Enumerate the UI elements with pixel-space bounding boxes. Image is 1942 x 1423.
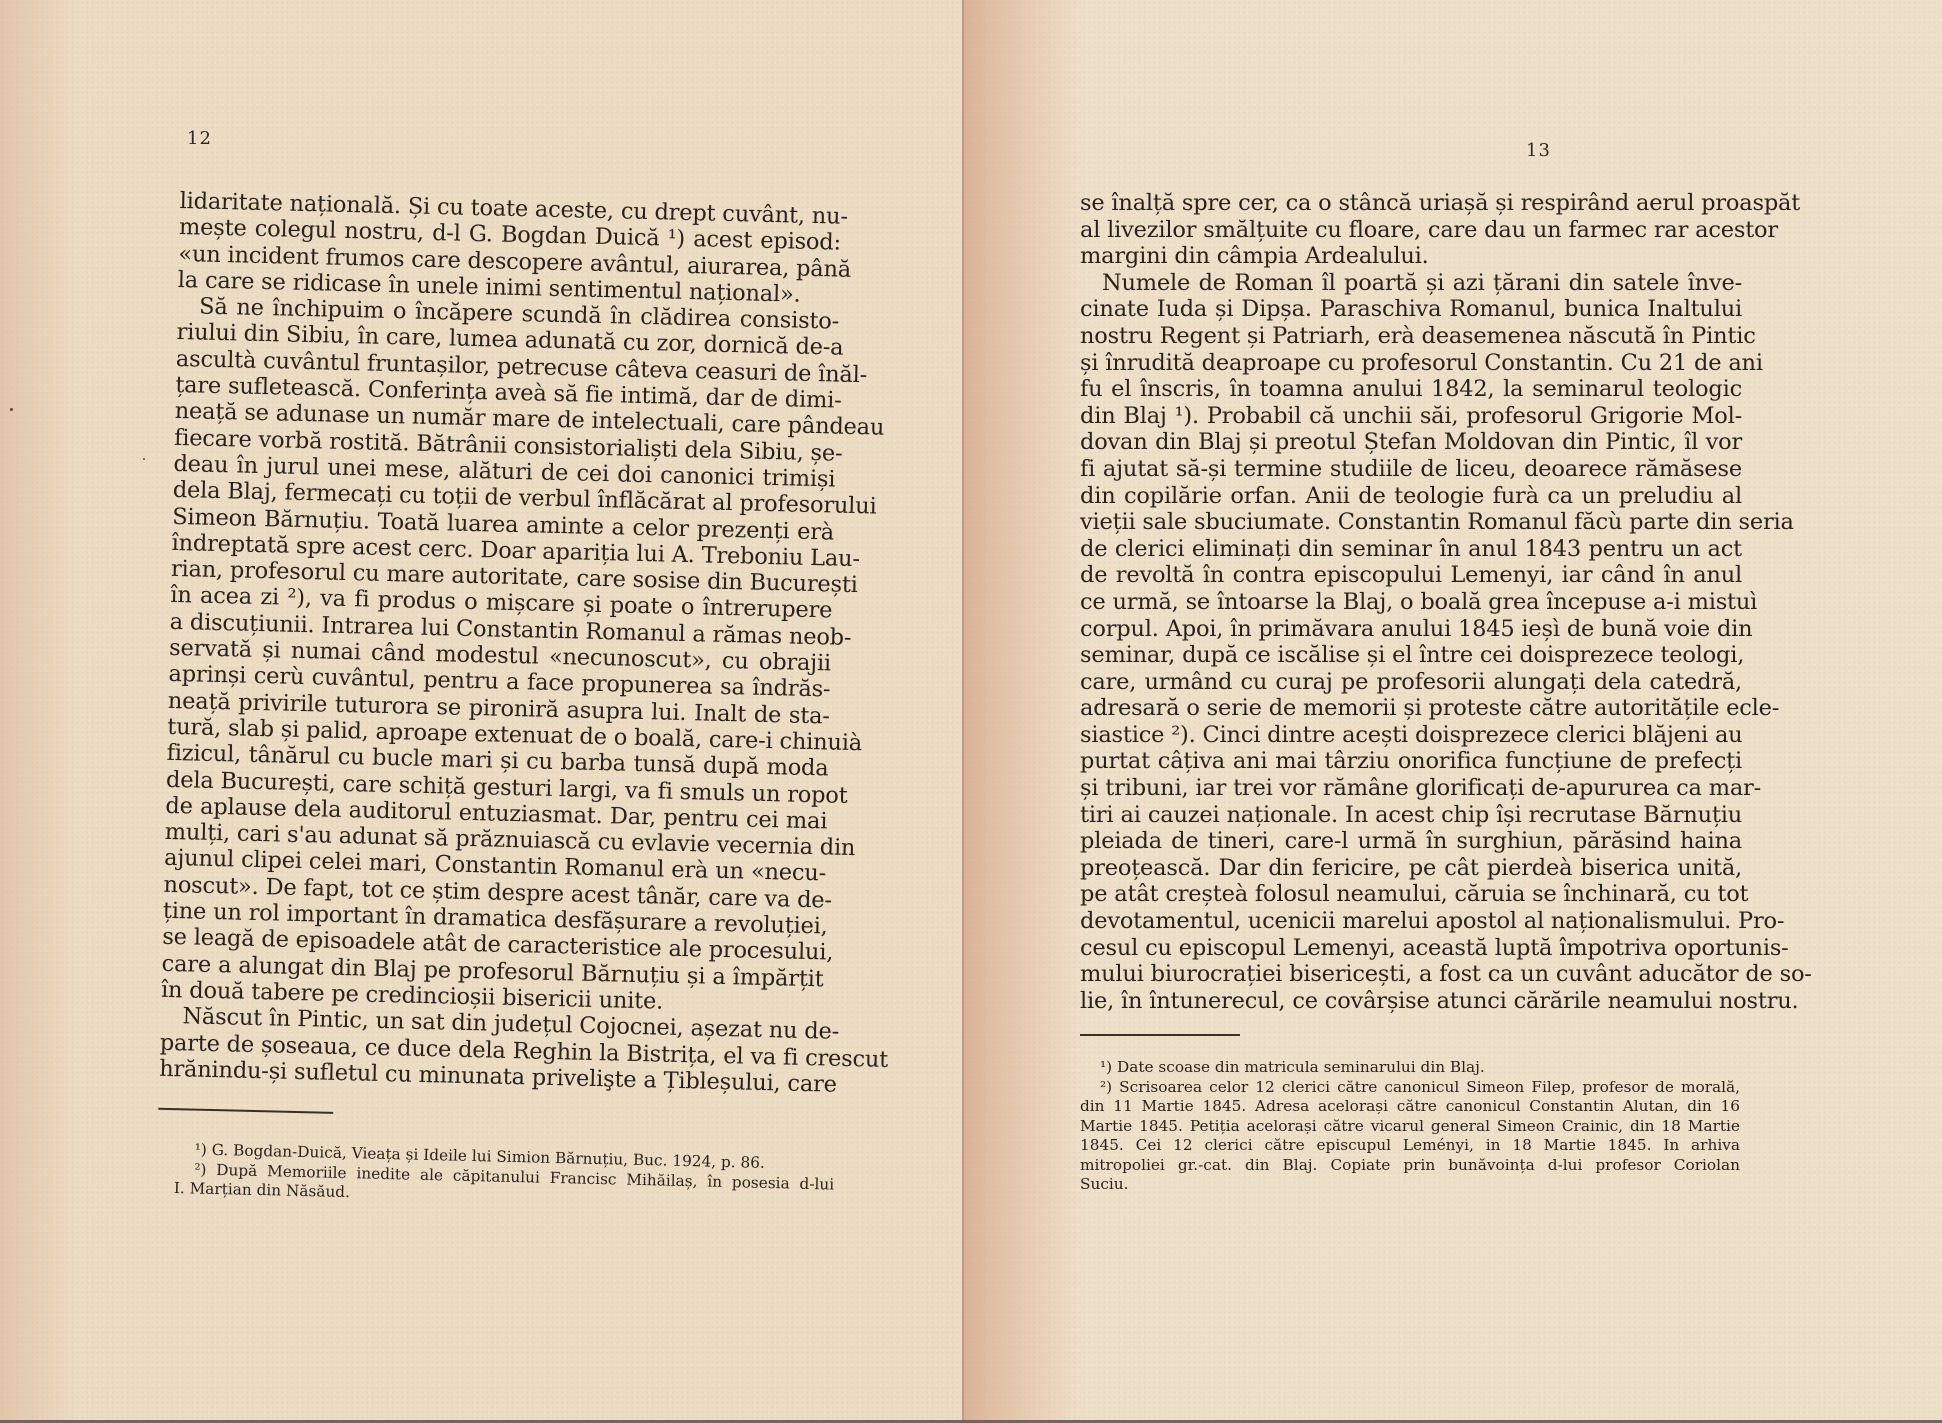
page-number-left: 12 bbox=[187, 128, 212, 149]
gutter-fold bbox=[962, 0, 964, 1423]
book-spread: 12 lidaritate națională. Și cu toate ace… bbox=[0, 0, 1942, 1423]
text-line: corpul. Apoi, în primăvara anului 1845 i… bbox=[1080, 616, 1742, 643]
text-line: vieții sale sbuciumate. Constantin Roman… bbox=[1080, 509, 1742, 536]
footnote: ¹) Date scoase din matricula seminarului… bbox=[1080, 1058, 1740, 1078]
footnote: din 11 Martie 1845. Adresa acelorași căt… bbox=[1080, 1097, 1740, 1117]
footnote-separator bbox=[1080, 1034, 1240, 1036]
paper-speck bbox=[143, 458, 145, 460]
text-line: din copilărie orfan. Anii de teologie fu… bbox=[1080, 483, 1742, 510]
gutter-stain bbox=[962, 0, 1082, 1423]
left-page: 12 lidaritate națională. Și cu toate ace… bbox=[0, 0, 962, 1423]
text-line: lie, în întunerecul, ce covârșise atunci… bbox=[1080, 988, 1742, 1015]
text-line: pleiada de tineri, care-l urmă în surghi… bbox=[1080, 828, 1742, 855]
text-line: fu el înscris, în toamna anului 1842, la… bbox=[1080, 376, 1742, 403]
text-line: cesul cu episcopul Lemenyi, această lupt… bbox=[1080, 935, 1742, 962]
text-line: și tribuni, iar trei vor rămâne glorific… bbox=[1080, 775, 1742, 802]
text-line: Numele de Roman îl poartă și azi țărani … bbox=[1080, 270, 1742, 297]
footnote: ²) Scrisoarea celor 12 clerici către can… bbox=[1080, 1078, 1740, 1098]
right-page-body: se înalță spre cer, ca o stâncă uriașă ș… bbox=[1080, 190, 1742, 1054]
text-line: dovan din Blaj și preotul Ștefan Moldova… bbox=[1080, 429, 1742, 456]
footnote: Suciu. bbox=[1080, 1175, 1740, 1195]
text-line: pe atât creșteà folosul neamului, căruia… bbox=[1080, 881, 1742, 908]
footnote: Martie 1845. Petiția acelorași către vic… bbox=[1080, 1117, 1740, 1137]
text-line: fi ajutat să-și termine studiile de lice… bbox=[1080, 456, 1742, 483]
text-line: seminar, după ce iscălise și el între ce… bbox=[1080, 642, 1742, 669]
text-line: purtat câțiva ani mai târziu onorifica f… bbox=[1080, 748, 1742, 775]
text-line: mului biurocrației bisericești, a fost c… bbox=[1080, 961, 1742, 988]
text-line: cinate Iuda și Dipșa. Paraschiva Romanul… bbox=[1080, 296, 1742, 323]
text-line: ce urmă, se întoarse la Blaj, o boală gr… bbox=[1080, 589, 1742, 616]
text-line: se înalță spre cer, ca o stâncă uriașă ș… bbox=[1080, 190, 1742, 217]
text-line: al livezilor smălțuite cu floare, care d… bbox=[1080, 217, 1742, 244]
left-page-body: lidaritate națională. Și cu toate aceste… bbox=[158, 188, 842, 1143]
left-footnotes: ¹) G. Bogdan-Duică, Vieața și Ideile lui… bbox=[174, 1140, 835, 1214]
text-line: tiri ai cauzei naționale. In acest chip … bbox=[1080, 802, 1742, 829]
text-line: din Blaj ¹). Probabil că unchii săi, pro… bbox=[1080, 403, 1742, 430]
page-number-right: 13 bbox=[1526, 140, 1551, 161]
paper-speck bbox=[10, 408, 13, 411]
footnote-separator bbox=[158, 1108, 333, 1114]
text-line: de clerici eliminați din seminar în anul… bbox=[1080, 536, 1742, 563]
right-footnotes: ¹) Date scoase din matricula seminarului… bbox=[1080, 1058, 1740, 1195]
text-line: devotamentul, ucenicii marelui apostol a… bbox=[1080, 908, 1742, 935]
text-line: și înrudită deaproape cu profesorul Cons… bbox=[1080, 350, 1742, 377]
text-line: preoțească. Dar din fericire, pe cât pie… bbox=[1080, 855, 1742, 882]
text-line: nostru Regent și Patriarh, erà deasemene… bbox=[1080, 323, 1742, 350]
text-line: adresară o serie de memorii și proteste … bbox=[1080, 695, 1742, 722]
footnote: mitropoliei gr.-cat. din Blaj. Copiate p… bbox=[1080, 1156, 1740, 1176]
text-line: de revoltă în contra episcopului Lemenyi… bbox=[1080, 562, 1742, 589]
text-line: care, urmând cu curaj pe profesorii alun… bbox=[1080, 669, 1742, 696]
text-line: siastice ²). Cinci dintre acești doispre… bbox=[1080, 722, 1742, 749]
footnote: 1845. Cei 12 clerici către episcupul Lem… bbox=[1080, 1136, 1740, 1156]
text-line: margini din câmpia Ardealului. bbox=[1080, 243, 1742, 270]
